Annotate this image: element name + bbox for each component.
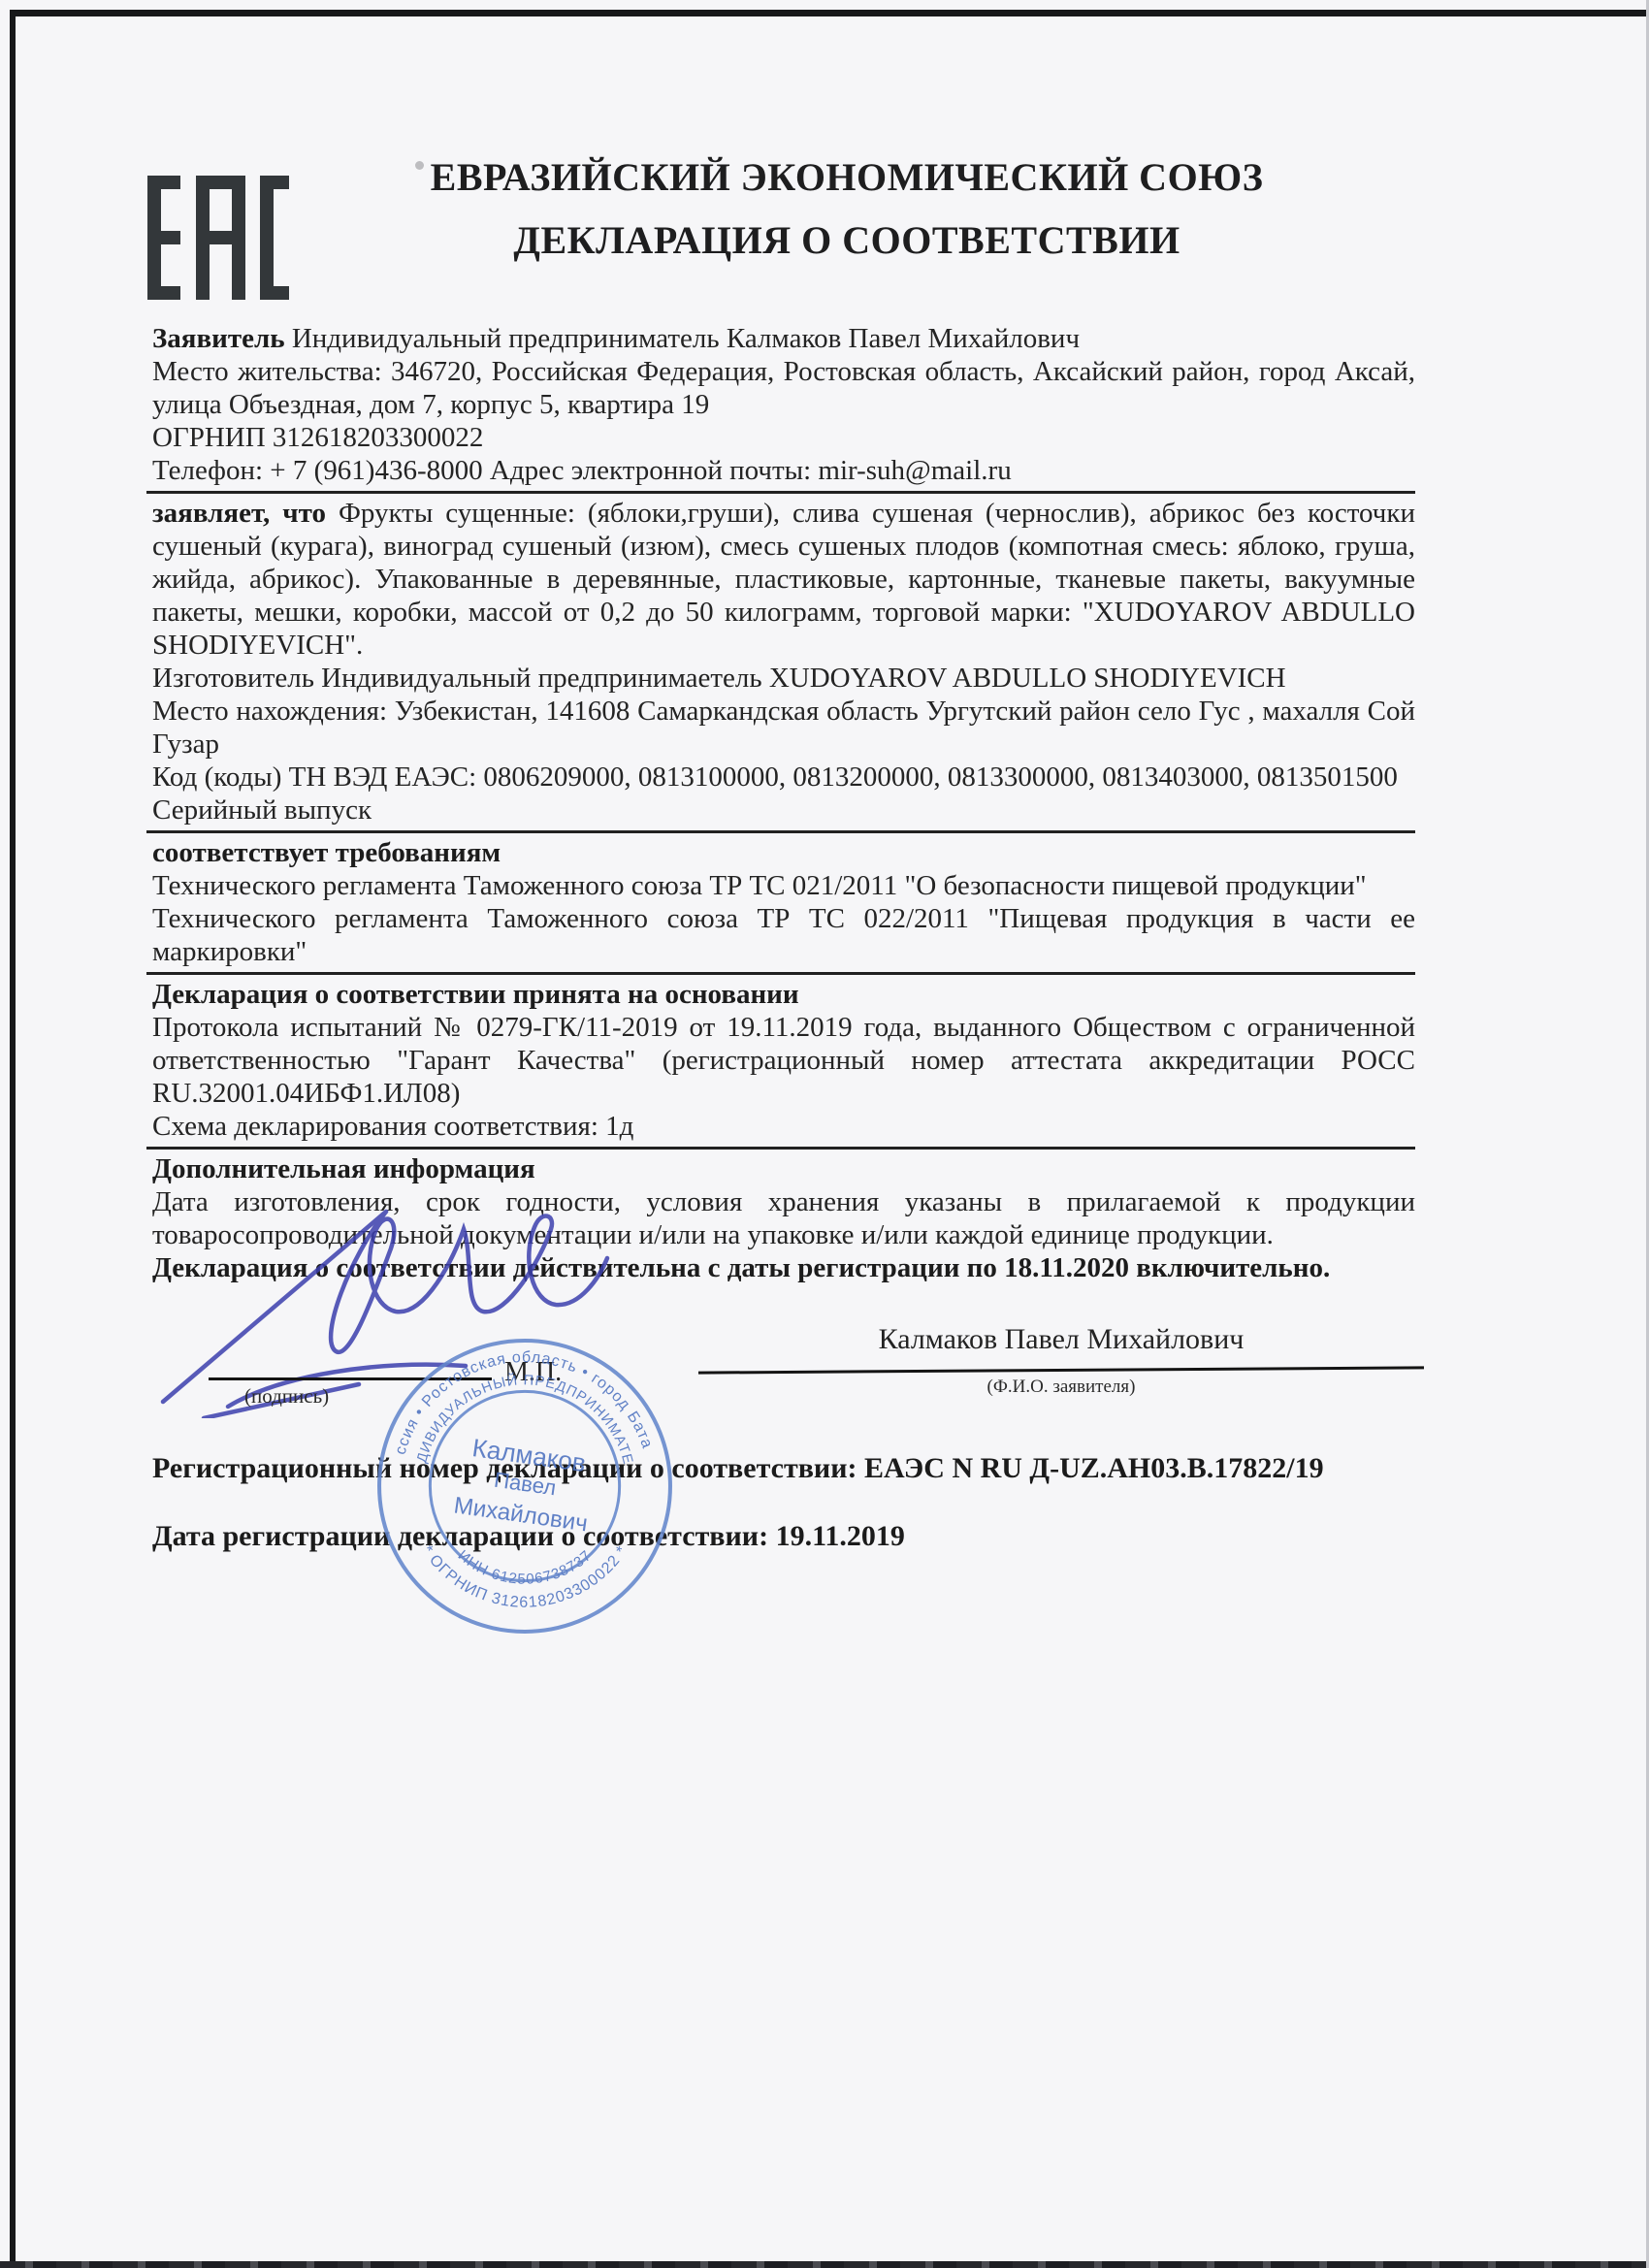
- applicant-fullname: Калмаков Павел Михайлович: [698, 1323, 1424, 1356]
- stamp-center-patronymic: Михайлович: [452, 1492, 589, 1537]
- declaration-document-page: ЕВРАЗИЙСКИЙ ЭКОНОМИЧЕСКИЙ СОЮЗ ДЕКЛАРАЦИ…: [0, 0, 1649, 2268]
- applicant-paragraph: Заявитель Индивидуальный предприниматель…: [152, 322, 1415, 355]
- declaration-scheme: Схема декларирования соответствия: 1д: [152, 1110, 1415, 1143]
- stamp-center-surname: Калмаков: [470, 1433, 588, 1477]
- title-union-line: ЕВРАЗИЙСКИЙ ЭКОНОМИЧЕСКИЙ СОЮЗ: [289, 146, 1405, 209]
- tnved-codes: Код (коды) ТН ВЭД ЕАЭС: 0806209000, 0813…: [152, 761, 1415, 794]
- conformity-heading-text: соответствует требованиям: [152, 837, 501, 868]
- fullname-line: [698, 1366, 1424, 1374]
- product-description: Фрукты сущенные: (яблоки,груши), слива с…: [152, 498, 1415, 661]
- scan-border-bottom: [0, 2261, 1649, 2268]
- title-declaration-line: ДЕКЛАРАЦИЯ О СООТВЕТСТВИИ: [289, 209, 1405, 272]
- document-body: Заявитель Индивидуальный предприниматель…: [152, 322, 1415, 1284]
- manufacturer-location: Место нахождения: Узбекистан, 141608 Сам…: [152, 695, 1415, 761]
- regulation-021: Технического регламента Таможенного союз…: [152, 869, 1415, 902]
- product-paragraph: заявляет, что Фрукты сущенные: (яблоки,г…: [152, 497, 1415, 662]
- section-divider: [146, 1147, 1415, 1150]
- scan-border-left: [10, 10, 16, 2268]
- registration-number-value: ЕАЭС N RU Д-UZ.АН03.В.17822/19: [864, 1452, 1324, 1484]
- applicant-residence: Место жительства: 346720, Российская Фед…: [152, 355, 1415, 421]
- serial-release: Серийный выпуск: [152, 794, 1415, 826]
- document-title: ЕВРАЗИЙСКИЙ ЭКОНОМИЧЕСКИЙ СОЮЗ ДЕКЛАРАЦИ…: [289, 146, 1405, 272]
- registration-number-line: Регистрационный номер декларации о соотв…: [152, 1452, 1324, 1485]
- test-protocol: Протокола испытаний № 0279-ГК/11-2019 от…: [152, 1011, 1415, 1110]
- manufacturer-line: Изготовитель Индивидуальный предпринимае…: [152, 662, 1415, 695]
- registration-date-value: 19.11.2019: [776, 1520, 905, 1552]
- fullname-caption: (Ф.И.О. заявителя): [698, 1377, 1424, 1398]
- basis-heading: Декларация о соответствии принята на осн…: [152, 978, 1415, 1011]
- round-stamp: Россия • Ростовская область • город Бата…: [373, 1335, 676, 1637]
- applicant-label: Заявитель: [152, 323, 285, 354]
- eac-logo-icon: [147, 175, 289, 301]
- signature-caption: (подпись): [244, 1384, 329, 1409]
- section-divider: [146, 972, 1415, 975]
- conformity-heading: соответствует требованиям: [152, 836, 1415, 869]
- section-divider: [146, 491, 1415, 494]
- scan-border-top: [10, 10, 1649, 16]
- basis-heading-text: Декларация о соответствии принята на осн…: [152, 979, 799, 1010]
- regulation-022: Технического регламента Таможенного союз…: [152, 902, 1415, 968]
- applicant-phone-email: Телефон: + 7 (961)436-8000 Адрес электро…: [152, 454, 1415, 487]
- applicant-ogrnip: ОГРНИП 312618203300022: [152, 421, 1415, 454]
- section-divider: [146, 830, 1415, 833]
- applicant-name: Индивидуальный предприниматель Калмаков …: [285, 323, 1080, 354]
- declares-label: заявляет, что: [152, 498, 326, 529]
